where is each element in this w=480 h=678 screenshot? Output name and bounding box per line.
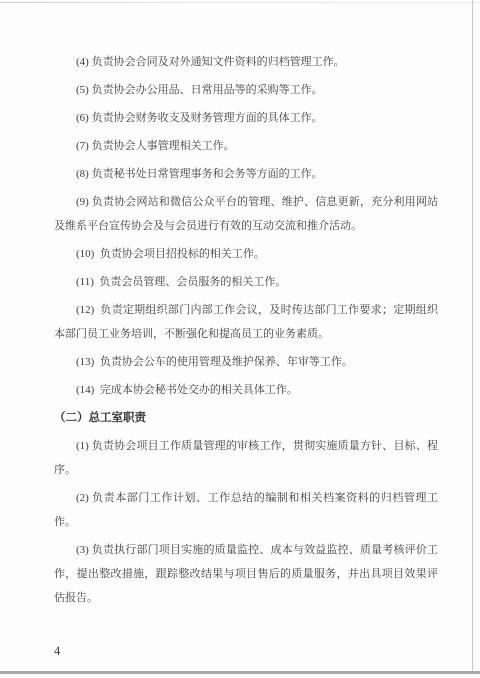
list-item-4: (4) 负责协会合同及对外通知文件资料的归档管理工作。 — [54, 50, 438, 74]
list-item-ce-3: (3) 负责执行部门项目实施的质量监控、成本与效益监控、质量考核评价工作，提出整… — [54, 538, 438, 610]
list-item-11: (11) 负责会员管理、会员服务的相关工作。 — [54, 270, 438, 294]
list-item-12: (12) 负责定期组织部门内部工作会议，及时传达部门工作要求；定期组织本部门员工… — [54, 298, 438, 346]
list-item-9: (9) 负责协会网站和微信公众平台的管理、维护、信息更新，充分利用网站及维系平台… — [54, 190, 438, 238]
list-item-6: (6) 负责协会财务收支及财务管理方面的具体工作。 — [54, 106, 438, 130]
list-item-5: (5) 负责协会办公用品、日常用品等的采购等工作。 — [54, 78, 438, 102]
list-item-ce-1: (1) 负责协会项目工作质量管理的审核工作，贯彻实施质量方针、目标、程序。 — [54, 434, 438, 482]
document-body: (4) 负责协会合同及对外通知文件资料的归档管理工作。 (5) 负责协会办公用品… — [54, 50, 438, 614]
document-page: (4) 负责协会合同及对外通知文件资料的归档管理工作。 (5) 负责协会办公用品… — [0, 0, 480, 678]
scan-edge-top — [0, 2, 480, 3]
section-heading: （二）总工室职责 — [54, 406, 438, 430]
list-item-ce-2: (2) 负责本部门工作计划、工作总结的编制和相关档案资料的归档管理工作。 — [54, 486, 438, 534]
list-item-10: (10) 负责协会项目招投标的相关工作。 — [54, 242, 438, 266]
page-number: 4 — [54, 643, 60, 659]
list-item-14: (14) 完成本协会秘书处交办的相关具体工作。 — [54, 378, 438, 402]
list-item-7: (7) 负责协会人事管理相关工作。 — [54, 134, 438, 158]
list-item-13: (13) 负责协会公车的使用管理及维护保养、年审等工作。 — [54, 350, 438, 374]
scan-edge-bottom — [0, 671, 480, 674]
scan-edge-right — [472, 0, 473, 672]
list-item-8: (8) 负责秘书处日常管理事务和会务等方面的工作。 — [54, 162, 438, 186]
